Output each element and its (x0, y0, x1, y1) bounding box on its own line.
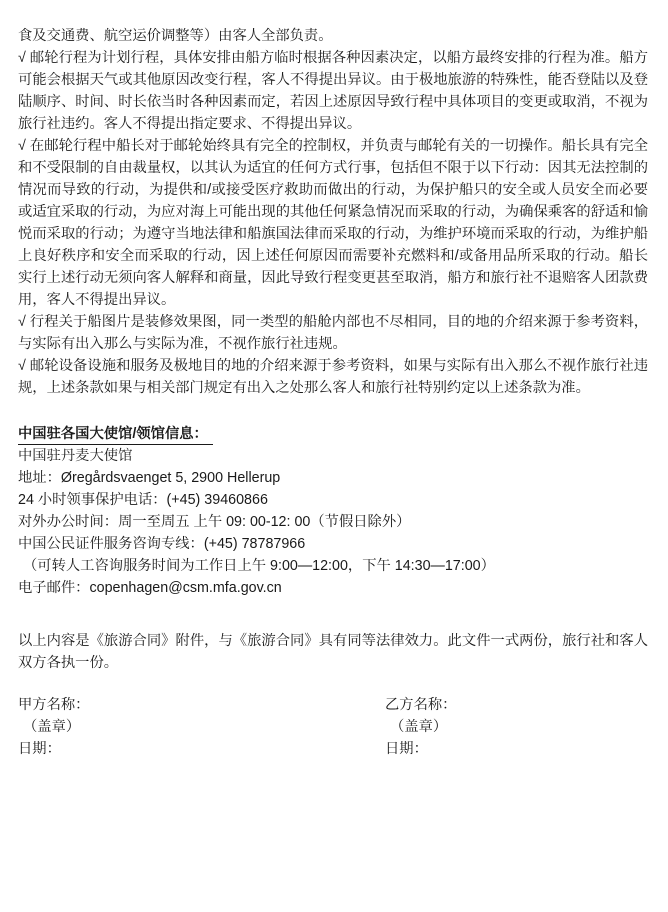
embassy-address: 地址：Øregårdsvaenget 5, 2900 Hellerup (18, 467, 648, 489)
party-a-seal-label: （盖章） (18, 716, 385, 738)
embassy-email: 电子邮件：copenhagen@csm.mfa.gov.cn (18, 577, 648, 599)
embassy-consular-hotline: 24 小时领事保护电话：(+45) 39460866 (18, 489, 648, 511)
embassy-info-section: 中国驻各国大使馆/领馆信息： 中国驻丹麦大使馆 地址：Øregårdsvaeng… (18, 423, 648, 599)
term-clause-ship-images: √ 行程关于船图片是装修效果图，同一类型的船舱内部也不尽相同，目的地的介绍来源于… (18, 311, 648, 355)
party-b-signature: 乙方名称： （盖章） 日期： (385, 694, 648, 760)
embassy-name: 中国驻丹麦大使馆 (18, 445, 648, 467)
term-clause-captain-authority: √ 在邮轮行程中船长对于邮轮始终具有完全的控制权，并负责与邮轮有关的一切操作。船… (18, 135, 648, 311)
terms-continuation-line: 食及交通费、航空运价调整等）由客人全部负责。 (18, 25, 648, 47)
embassy-citizen-service-line: 中国公民证件服务咨询专线：(+45) 78787966 (18, 533, 648, 555)
party-b-name-label: 乙方名称： (385, 694, 648, 716)
party-a-date-label: 日期： (18, 738, 385, 760)
party-b-seal-label: （盖章） (385, 716, 648, 738)
signature-block: 甲方名称： （盖章） 日期： 乙方名称： （盖章） 日期： (18, 694, 648, 760)
document-page: 食及交通费、航空运价调整等）由客人全部负责。 √ 邮轮行程为计划行程，具体安排由… (0, 0, 668, 912)
legal-note: 以上内容是《旅游合同》附件，与《旅游合同》具有同等法律效力。此文件一式两份，旅行… (18, 630, 648, 674)
term-clause-itinerary: √ 邮轮行程为计划行程，具体安排由船方临时根据各种因素决定，以船方最终安排的行程… (18, 47, 648, 135)
terms-section: 食及交通费、航空运价调整等）由客人全部负责。 √ 邮轮行程为计划行程，具体安排由… (18, 25, 648, 399)
party-a-name-label: 甲方名称： (18, 694, 385, 716)
party-b-date-label: 日期： (385, 738, 648, 760)
term-clause-facilities: √ 邮轮设备设施和服务及极地目的地的介绍来源于参考资料，如果与实际有出入那么不视… (18, 355, 648, 399)
embassy-office-hours: 对外办公时间：周一至周五 上午 09: 00-12: 00（节假日除外） (18, 511, 648, 533)
embassy-section-heading: 中国驻各国大使馆/领馆信息： (18, 423, 648, 445)
embassy-service-note: （可转人工咨询服务时间为工作日上午 9:00—12:00，下午 14:30—17… (18, 555, 648, 577)
party-a-signature: 甲方名称： （盖章） 日期： (18, 694, 385, 760)
